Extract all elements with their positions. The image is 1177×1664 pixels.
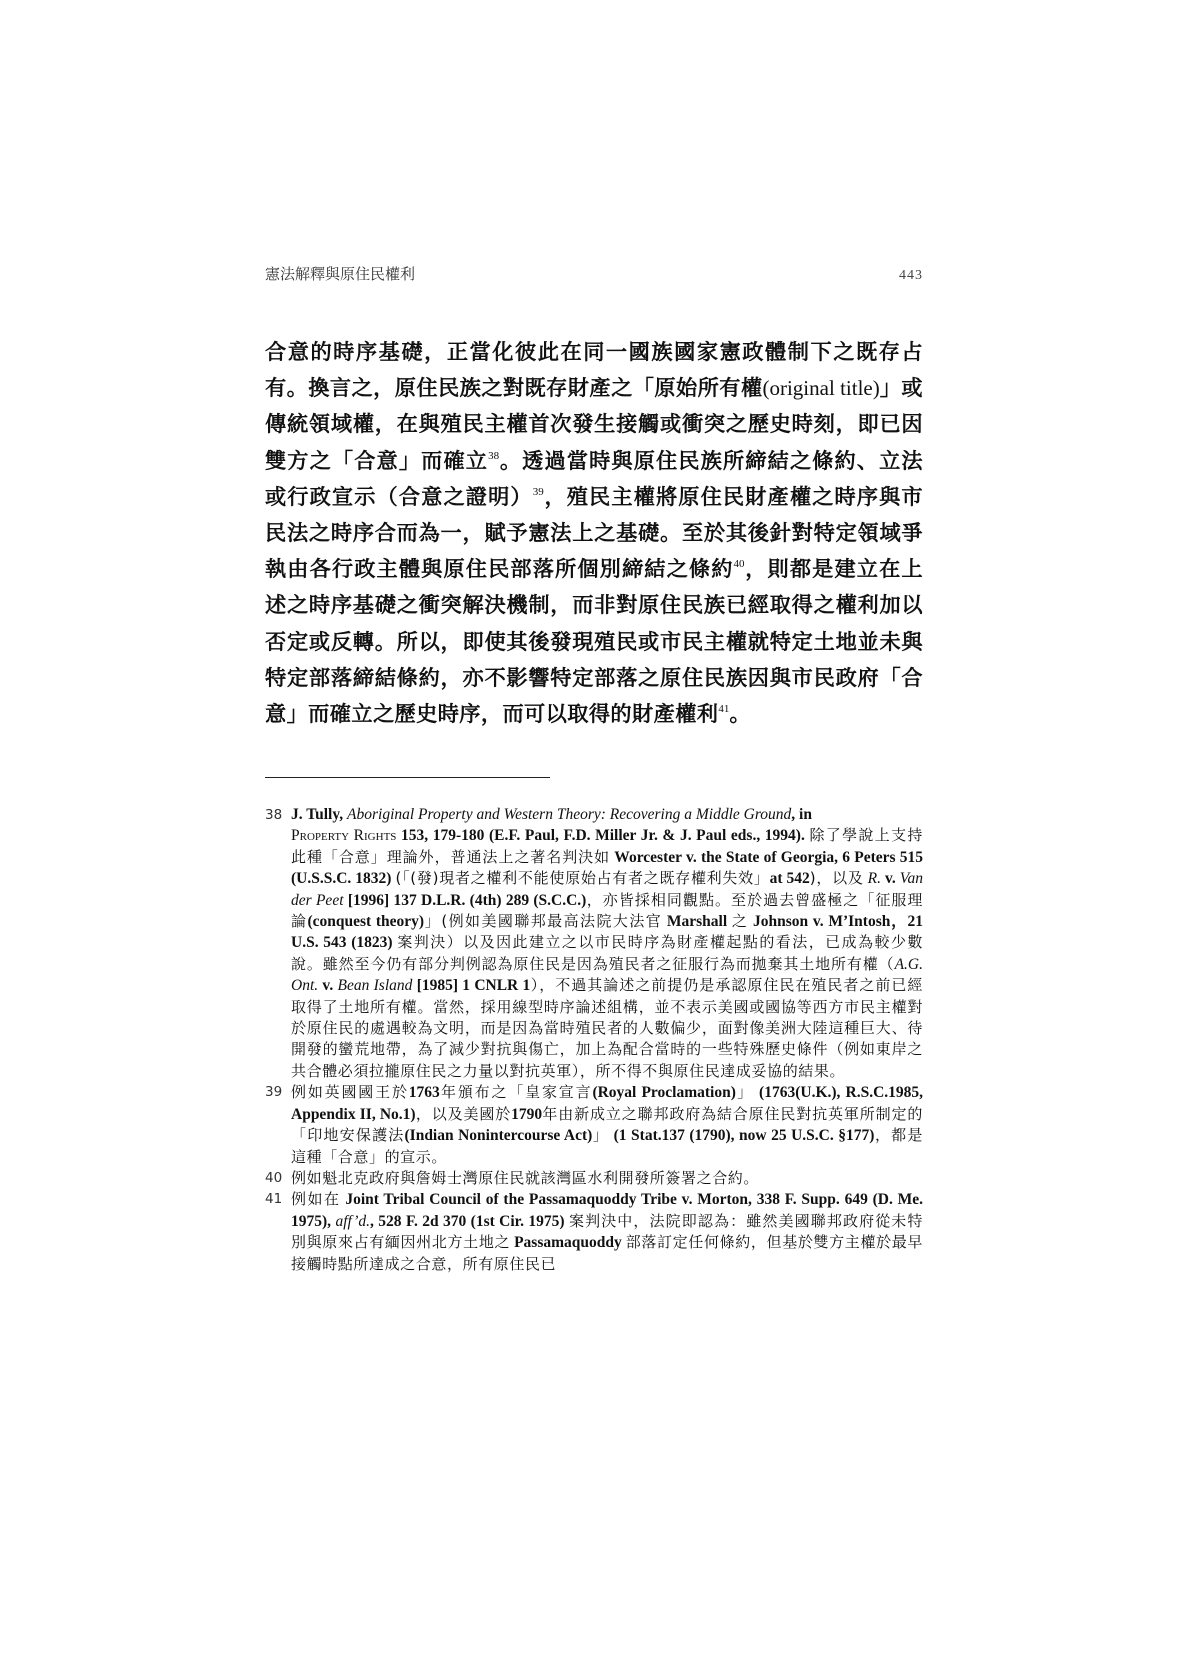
footnote-ref-39[interactable]: 39 xyxy=(533,486,544,498)
fn-title: Aboriginal Property and Western Theory: … xyxy=(347,806,791,823)
fn-cite: (1 Stat.137 (1790), now 25 U.S.C. §177) xyxy=(614,1127,875,1144)
text-run: 。 xyxy=(729,701,751,726)
fn-cite: , 528 F. 2d 370 (1st Cir. 1975) xyxy=(370,1213,565,1230)
fn-text: 例如魁北克政府與詹姆士灣原住民就該灣區水利開發所簽署之合約。 xyxy=(291,1169,759,1187)
fn-text: 1790 xyxy=(511,1106,542,1123)
fn-text: )，以及 xyxy=(810,869,864,887)
fn-text: (「(發)現者之權利不能使原始占有者之既存權利失效」 xyxy=(395,869,769,887)
fn-text: Marshall xyxy=(667,913,727,930)
fn-cite: 153, 179-180 (E.F. Paul, F.D. Miller Jr.… xyxy=(401,827,805,844)
footnote-ref-40[interactable]: 40 xyxy=(734,558,745,570)
footnotes: 38J. Tully, Aboriginal Property and West… xyxy=(265,805,923,1275)
footnote-number: 39 xyxy=(265,1082,282,1102)
fn-case: R. xyxy=(868,870,881,887)
fn-case: v. xyxy=(322,977,333,994)
fn-text: 」 xyxy=(736,1083,754,1101)
footnote-39: 39例如英國國王於1763年頒布之「皇家宣言(Royal Proclamatio… xyxy=(265,1082,923,1168)
document-page: 憲法解釋與原住民權利 443 合意的時序基礎，正當化彼此在同一國族國家憲政體制下… xyxy=(0,0,1177,1664)
fn-text: 年頒布之「皇家宣言 xyxy=(440,1083,593,1101)
text-run-latin: (original title) xyxy=(762,376,879,400)
footnote-number: 40 xyxy=(265,1168,282,1188)
running-title: 憲法解釋與原住民權利 xyxy=(265,263,415,284)
fn-text: 1763 xyxy=(409,1084,440,1101)
running-head: 憲法解釋與原住民權利 443 xyxy=(265,263,923,284)
fn-journal: Property Rights xyxy=(291,827,396,844)
fn-text: 」 xyxy=(592,1126,609,1144)
footnote-number: 41 xyxy=(265,1189,282,1209)
text-run: ，則都是建立在上述之時序基礎之衝突解決機制，而非對原住民族已經取得之權利加以否定… xyxy=(265,556,923,726)
fn-text: aff’d. xyxy=(335,1213,370,1230)
fn-text: (Royal Proclamation) xyxy=(592,1084,735,1101)
fn-case: Bean Island xyxy=(338,977,413,994)
footnote-38: 38J. Tully, Aboriginal Property and West… xyxy=(265,805,923,1082)
fn-text: 例如英國國王於 xyxy=(291,1083,409,1101)
fn-pin: at 542 xyxy=(770,870,810,887)
fn-text: 之 xyxy=(732,912,748,930)
fn-cite: [1996] 137 D.L.R. (4th) 289 (S.C.C.) xyxy=(348,892,587,909)
footnote-ref-38[interactable]: 38 xyxy=(488,450,499,462)
fn-text: Passamaquoddy xyxy=(514,1234,622,1251)
fn-text: 」(例如美國聯邦最高法院大法官 xyxy=(424,912,662,930)
footnote-41: 41例如在 Joint Tribal Council of the Passam… xyxy=(265,1189,923,1275)
fn-text: (Indian Nonintercourse Act) xyxy=(405,1127,593,1144)
fn-cite: [1985] 1 CNLR 1 xyxy=(417,977,531,994)
fn-text: , in xyxy=(791,806,812,823)
footnote-ref-41[interactable]: 41 xyxy=(718,703,729,715)
page-number: 443 xyxy=(899,268,923,284)
fn-text: (conquest theory) xyxy=(307,913,424,930)
fn-case: v. xyxy=(885,870,896,887)
footnote-40: 40例如魁北克政府與詹姆士灣原住民就該灣區水利開發所簽署之合約。 xyxy=(265,1168,923,1189)
footnote-number: 38 xyxy=(265,805,282,825)
fn-text: 例如在 xyxy=(291,1190,341,1208)
main-paragraph: 合意的時序基礎，正當化彼此在同一國族國家憲政體制下之既存占有。換言之，原住民族之… xyxy=(265,334,923,732)
fn-author: J. Tully, xyxy=(291,806,343,823)
fn-text: ，以及美國於 xyxy=(416,1105,512,1123)
footnote-divider xyxy=(265,777,550,778)
